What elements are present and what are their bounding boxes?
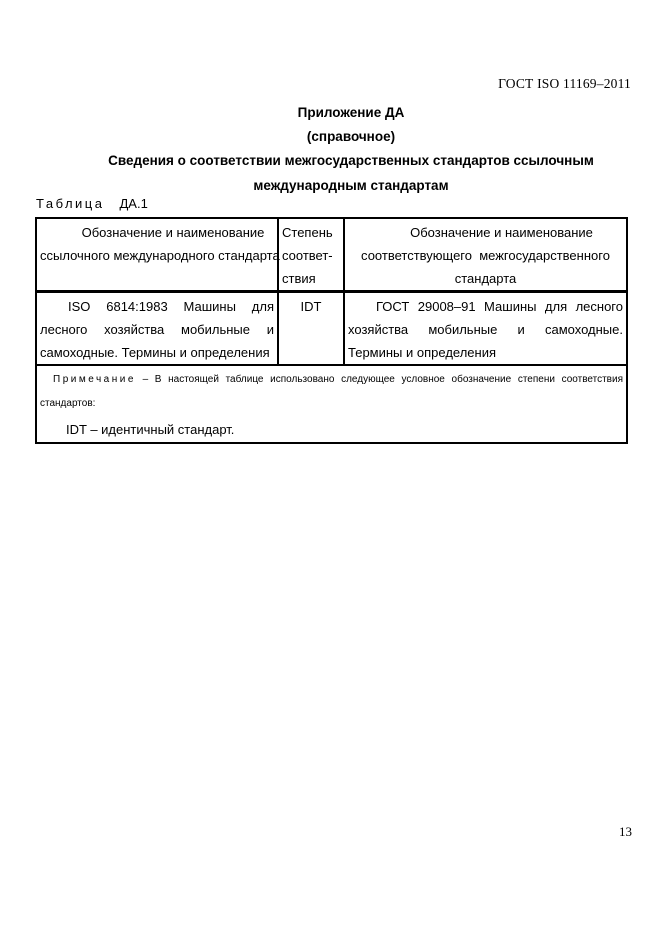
- appendix-type-label: (справочное): [70, 125, 632, 149]
- page-number: 13: [619, 824, 632, 840]
- correspondence-table: Обозначение и наименование ссылочного ме…: [35, 217, 628, 444]
- interstate-standard-line: хозяйства мобильные и самоходные.: [348, 318, 623, 341]
- col-header-degree-line: Степень: [282, 221, 340, 244]
- col-header-degree-line: ствия: [282, 267, 340, 290]
- table-note-row: Примечание – В настоящей таблице использ…: [36, 365, 627, 443]
- col-header-reference-line: Обозначение и наименование: [40, 221, 274, 244]
- col-header-reference-line: ссылочного международного стандарта: [40, 244, 274, 267]
- interstate-standard-line: Термины и определения: [348, 341, 623, 364]
- appendix-title: Приложение ДА: [70, 101, 632, 125]
- cell-reference-standard: ISO 6814:1983 Машины для лесного хозяйст…: [36, 292, 278, 366]
- col-header-conformity-degree: Степень соответ- ствия: [278, 218, 344, 292]
- note-body-line-2: стандартов:: [40, 392, 623, 416]
- document-page: ГОСТ ISO 11169–2011 Приложение ДА (справ…: [0, 0, 661, 936]
- note-item-idt: IDT – идентичный стандарт.: [40, 418, 623, 442]
- appendix-heading: Приложение ДА (справочное) Сведения о со…: [70, 101, 632, 198]
- table-header-row: Обозначение и наименование ссылочного ме…: [36, 218, 627, 292]
- cell-interstate-standard: ГОСТ 29008–91 Машины для лесного хозяйст…: [344, 292, 627, 366]
- appendix-subject-line-1: Сведения о соответствии межгосударственн…: [70, 149, 632, 173]
- appendix-subject-line-2: международным стандартам: [70, 174, 632, 198]
- table-note: Примечание – В настоящей таблице использ…: [36, 365, 627, 443]
- note-body-text: – В настоящей таблице использовано следу…: [143, 374, 623, 385]
- col-header-interstate-line: соответствующего межгосударственного: [348, 244, 623, 267]
- table-label: ТаблицаДА.1: [36, 196, 148, 211]
- conformity-degree-value: IDT: [282, 295, 340, 318]
- cell-conformity-degree: IDT: [278, 292, 344, 366]
- note-label: Примечание: [53, 374, 136, 385]
- table-row: ISO 6814:1983 Машины для лесного хозяйст…: [36, 292, 627, 366]
- col-header-degree-line: соответ-: [282, 244, 340, 267]
- doc-reference: ГОСТ ISO 11169–2011: [498, 76, 631, 92]
- note-body-line-1: Примечание – В настоящей таблице использ…: [40, 368, 623, 392]
- reference-standard-line: ISO 6814:1983 Машины для: [40, 295, 274, 318]
- col-header-interstate-standard: Обозначение и наименование соответствующ…: [344, 218, 627, 292]
- reference-standard-line: самоходные. Термины и определения: [40, 341, 274, 364]
- col-header-reference-standard: Обозначение и наименование ссылочного ме…: [36, 218, 278, 292]
- table-label-number: ДА.1: [119, 196, 147, 211]
- col-header-interstate-line: Обозначение и наименование: [348, 221, 623, 244]
- col-header-interstate-line: стандарта: [348, 267, 623, 290]
- interstate-standard-line: ГОСТ 29008–91 Машины для лесного: [348, 295, 623, 318]
- table-label-word: Таблица: [36, 196, 104, 211]
- reference-standard-line: лесного хозяйства мобильные и: [40, 318, 274, 341]
